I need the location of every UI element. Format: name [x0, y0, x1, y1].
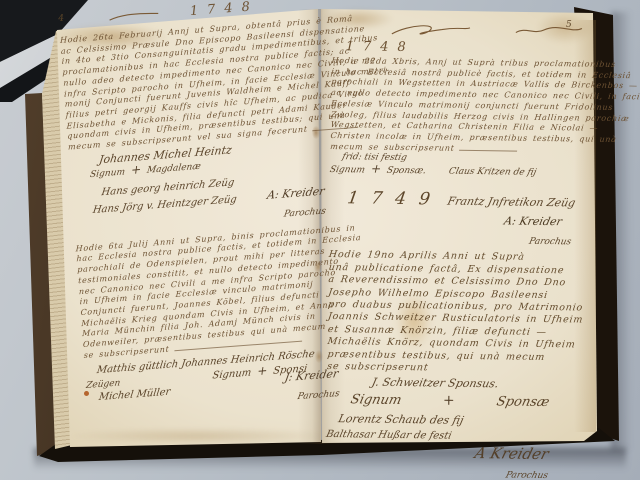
- signature-priest-title: Parochus: [528, 237, 572, 249]
- left-page-text: 4 1748 Hodie 26ta Februarij Annj ut Supr…: [58, 0, 344, 419]
- pen-dash-flourish-icon: [108, 9, 161, 22]
- year-heading-1749: 1749: [346, 189, 444, 210]
- signature-witness: Lorentz Schaub des fij: [337, 413, 580, 430]
- manuscript-line: se subscripserunt: [326, 361, 580, 377]
- right-page-text: 1748 Hodie 22da Xbris, Annj ut Suprà tri…: [326, 22, 584, 480]
- signum-cross-mark: +: [124, 161, 148, 177]
- signature-witness: Frantz Jnfretikon Zeüg: [446, 195, 577, 211]
- signum-cross-mark: +: [251, 363, 275, 379]
- year-heading-right: 1748: [346, 39, 415, 55]
- paper-stain: [72, 428, 322, 444]
- right-page-header-flourish: [390, 23, 584, 39]
- signum-cross-mark: +: [437, 393, 461, 409]
- signature-priest-name: A: Kreider: [502, 215, 563, 230]
- photo-manuscript-spread: 5 4 1748 Hodie 26ta Februarij Annj ut Su…: [0, 0, 640, 480]
- year-1749-row: 1749 Frantz Jnfretikon Zeüg A: Kreider P…: [329, 178, 582, 249]
- right-entry2: Hodie 19no Aprilis Anni ut Suprà unâ pub…: [327, 249, 581, 377]
- left-entry2: Hodie 6ta Julij Anni ut Supra, binis pro…: [75, 225, 339, 362]
- page-number-left: 4: [58, 14, 64, 24]
- pen-rule: [459, 144, 518, 151]
- signature-signum-line: Signum + Sponsæ: [327, 389, 579, 412]
- signature-priest: A Kreider Parochus: [326, 441, 579, 480]
- year-heading-left: 1748: [189, 0, 259, 19]
- pen-flourish-icon: [390, 23, 472, 37]
- pen-squiggle-icon: [514, 25, 584, 38]
- signature-signum-line: Signum+Sponsæ. Claus Kritzen de fij: [328, 163, 583, 179]
